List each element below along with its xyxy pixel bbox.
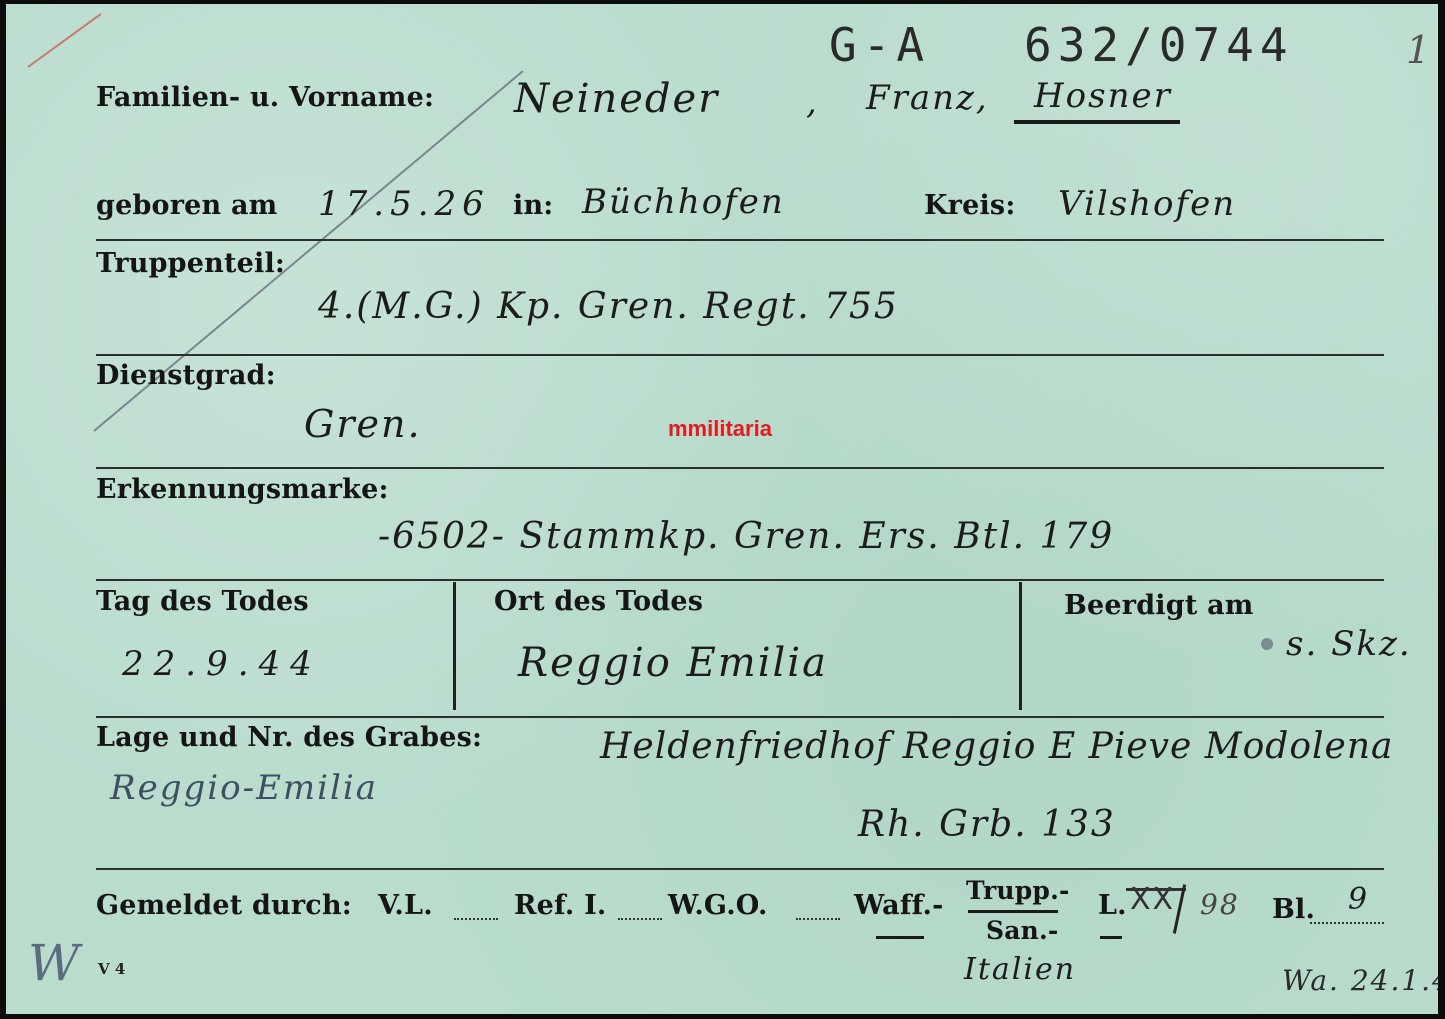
unit-label: Truppenteil:	[96, 248, 285, 279]
name-label: Familien- u. Vorname:	[96, 82, 434, 113]
district-label: Kreis:	[924, 190, 1016, 221]
id-tag-label: Erkennungsmarke:	[96, 474, 389, 505]
death-col-divider-2	[1019, 582, 1022, 710]
reported-wgo: W.G.O.	[668, 890, 768, 921]
burial-value: s. Skz.	[1286, 624, 1412, 664]
waff-underline	[876, 936, 924, 939]
ink-dot	[1261, 638, 1273, 650]
divider-1	[96, 239, 1384, 241]
death-date-value: 22.9.44	[122, 644, 322, 684]
wgo-dots	[796, 914, 840, 920]
surname-value: Neineder	[514, 76, 719, 122]
form-code: V 4	[98, 960, 125, 978]
underlined-name-value: Hosner	[1034, 76, 1172, 116]
grave-value-line1: Heldenfriedhof Reggio E Pieve Modolena	[600, 726, 1393, 767]
bl-value: 9	[1348, 882, 1369, 917]
trupp-label: Trupp.-	[966, 876, 1070, 905]
country-value: Italien	[964, 952, 1076, 987]
first-names-value: Franz,	[866, 78, 989, 118]
death-place-label: Ort des Todes	[494, 586, 703, 617]
in-label: in:	[513, 190, 553, 221]
l-label: L.	[1098, 890, 1127, 921]
birth-date-value: 17.5.26	[318, 184, 490, 224]
rank-value: Gren.	[304, 402, 422, 446]
id-tag-value: -6502- Stammkp. Gren. Ers. Btl. 179	[378, 516, 1114, 557]
death-col-divider-1	[453, 582, 456, 710]
grave-label: Lage und Nr. des Grabes:	[96, 722, 482, 753]
trupp-underline	[968, 910, 1058, 913]
name-separator: ,	[806, 82, 819, 122]
vl-dots	[454, 914, 498, 920]
waff-prefix: Waff.-	[854, 890, 944, 921]
district-value: Vilshofen	[1058, 184, 1236, 224]
born-label: geboren am	[96, 190, 277, 221]
list-number: 98	[1200, 888, 1240, 921]
birth-place-value: Büchhofen	[582, 182, 785, 222]
divider-4	[96, 579, 1384, 581]
name-underline	[1014, 120, 1180, 124]
file-number-prefix: G-A	[829, 18, 930, 72]
reported-ref: Ref. I.	[514, 890, 607, 921]
rank-label: Dienstgrad:	[96, 360, 276, 391]
san-label: San.-	[986, 916, 1059, 945]
index-card: G-A 632/0744 1 Familien- u. Vorname: Nei…	[6, 4, 1438, 1014]
corner-mark: 1	[1406, 28, 1432, 72]
bl-label: Bl.	[1272, 894, 1315, 925]
red-pencil-stroke	[27, 13, 101, 68]
ref-dots	[618, 914, 662, 920]
divider-3	[96, 467, 1384, 469]
signature-date: Wa. 24.1.45	[1282, 964, 1438, 997]
file-number: 632/0744	[1024, 18, 1294, 72]
reported-label: Gemeldet durch:	[96, 890, 352, 921]
bl-dots	[1310, 918, 1384, 924]
divider-2	[96, 354, 1384, 356]
reported-vl: V.L.	[378, 890, 433, 921]
divider-6	[96, 868, 1384, 870]
strike-line	[1126, 888, 1186, 891]
death-date-label: Tag des Todes	[96, 586, 309, 617]
initial-w: W	[28, 934, 81, 992]
grave-annotation-blue: Reggio-Emilia	[110, 768, 378, 808]
l-underline	[1100, 936, 1122, 939]
divider-5	[96, 716, 1384, 718]
watermark: mmilitaria	[668, 416, 772, 442]
unit-value: 4.(M.G.) Kp. Gren. Regt. 755	[318, 286, 899, 327]
death-place-value: Reggio Emilia	[518, 640, 828, 686]
grave-value-line2: Rh. Grb. 133	[858, 804, 1116, 845]
burial-label: Beerdigt am	[1064, 590, 1254, 621]
